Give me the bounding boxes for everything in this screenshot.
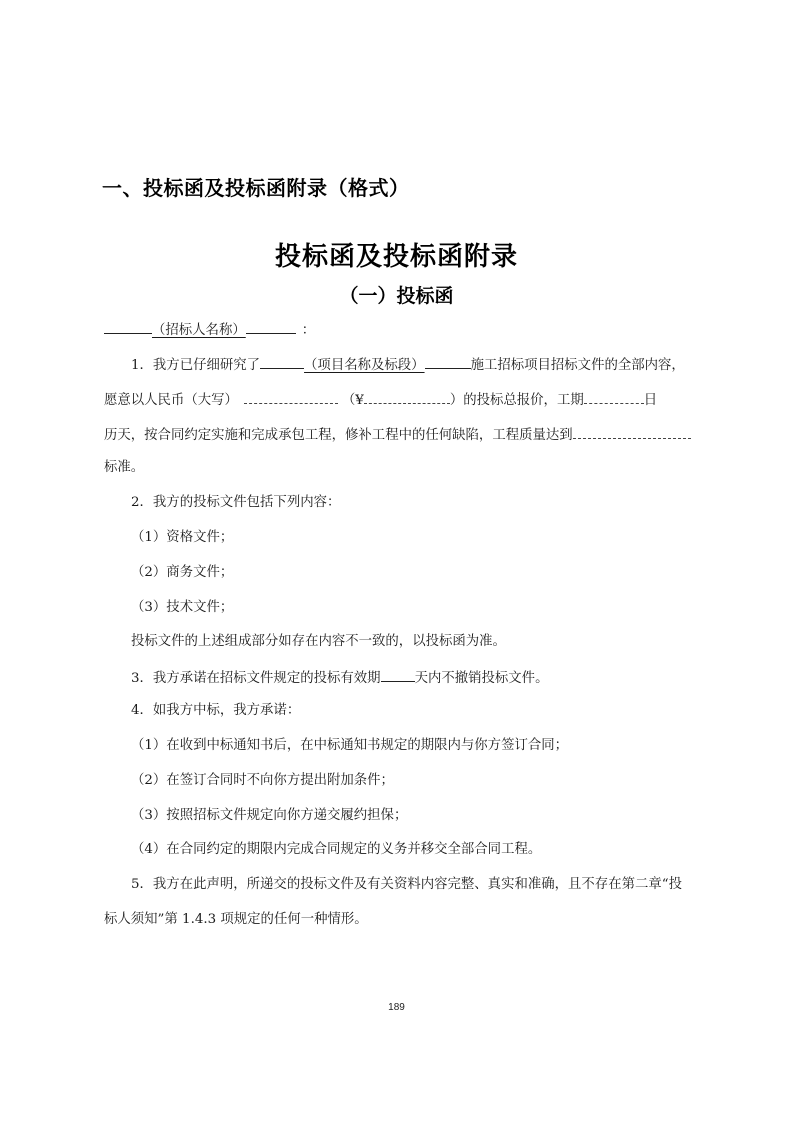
para1-line1-suffix: 施工招标项目招标文件的全部内容，	[471, 358, 685, 373]
para2-note: 投标文件的上述组成部分如存在内容不一致的，以投标函为准。	[131, 632, 506, 652]
page-number: 189	[0, 1002, 793, 1013]
section-heading: 一、投标函及投标函附录（格式）	[102, 172, 410, 201]
addressee-line: （招标人名称）：	[104, 318, 315, 341]
para3-suffix: 天内不撤销投标文件。	[415, 671, 549, 686]
para1-line1-prefix: 1．我方已仔细研究了	[131, 358, 260, 373]
para4-item-4: （4）在合同约定的期限内完成合同规定的义务并移交全部合同工程。	[131, 840, 541, 860]
para1-line2-prefix: 愿意以人民币（大写）	[104, 393, 238, 408]
para1-line2-mid1: （¥	[342, 393, 364, 408]
addressee-blank-left[interactable]	[104, 318, 152, 334]
duration-days-blank[interactable]	[584, 388, 644, 404]
para3-line: 3．我方承诺在招标文件规定的投标有效期天内不撤销投标文件。	[131, 666, 548, 689]
project-blank-left[interactable]	[260, 353, 304, 369]
para4-intro: 4．如我方中标，我方承诺：	[131, 701, 300, 721]
para1-line2: 愿意以人民币（大写）（¥）的投标总报价，工期日	[104, 388, 657, 411]
para5-line1: 5．我方在此声明，所递交的投标文件及有关资料内容完整、真实和准确，且不存在第二章…	[131, 875, 682, 895]
document-title: 投标函及投标函附录	[0, 236, 793, 273]
bid-amount-words-blank[interactable]	[244, 388, 338, 404]
para4-item-2: （2）在签订合同时不向你方提出附加条件；	[131, 771, 394, 791]
para3-prefix: 3．我方承诺在招标文件规定的投标有效期	[131, 671, 381, 686]
validity-days-blank[interactable]	[381, 666, 415, 682]
para2-item-2: （2）商务文件；	[131, 563, 233, 583]
project-placeholder[interactable]: （项目名称及标段）	[304, 358, 425, 373]
para1-line2-suffix: 日	[644, 393, 657, 408]
para5-line2: 标人须知”第 1.4.3 项规定的任何一种情形。	[104, 910, 368, 930]
document-subtitle: （一）投标函	[0, 281, 793, 308]
para2-item-1: （1）资格文件；	[131, 528, 233, 548]
para4-item-3: （3）按照招标文件规定向你方递交履约担保；	[131, 806, 407, 826]
para1-line3: 历天，按合同约定实施和完成承包工程，修补工程中的任何缺陷，工程质量达到	[104, 423, 691, 446]
addressee-blank-right[interactable]	[246, 318, 296, 334]
para1-line1: 1．我方已仔细研究了（项目名称及标段）施工招标项目招标文件的全部内容，	[131, 353, 685, 376]
para2-intro: 2．我方的投标文件包括下列内容：	[131, 493, 340, 513]
addressee-placeholder[interactable]: （招标人名称）	[152, 323, 246, 338]
document-page: 一、投标函及投标函附录（格式） 投标函及投标函附录 （一）投标函 （招标人名称）…	[0, 0, 793, 1122]
project-blank-right[interactable]	[425, 353, 471, 369]
quality-standard-blank[interactable]	[573, 423, 691, 439]
addressee-colon: ：	[302, 323, 315, 338]
para1-line3-prefix: 历天，按合同约定实施和完成承包工程，修补工程中的任何缺陷，工程质量达到	[104, 428, 573, 443]
bid-amount-figure-blank[interactable]	[364, 388, 450, 404]
para1-line2-mid2: ）的投标总报价，工期	[450, 393, 584, 408]
para2-item-3: （3）技术文件；	[131, 598, 233, 618]
para4-item-1: （1）在收到中标通知书后，在中标通知书规定的期限内与你方签订合同；	[131, 736, 568, 756]
para1-line4: 标准。	[104, 458, 144, 478]
